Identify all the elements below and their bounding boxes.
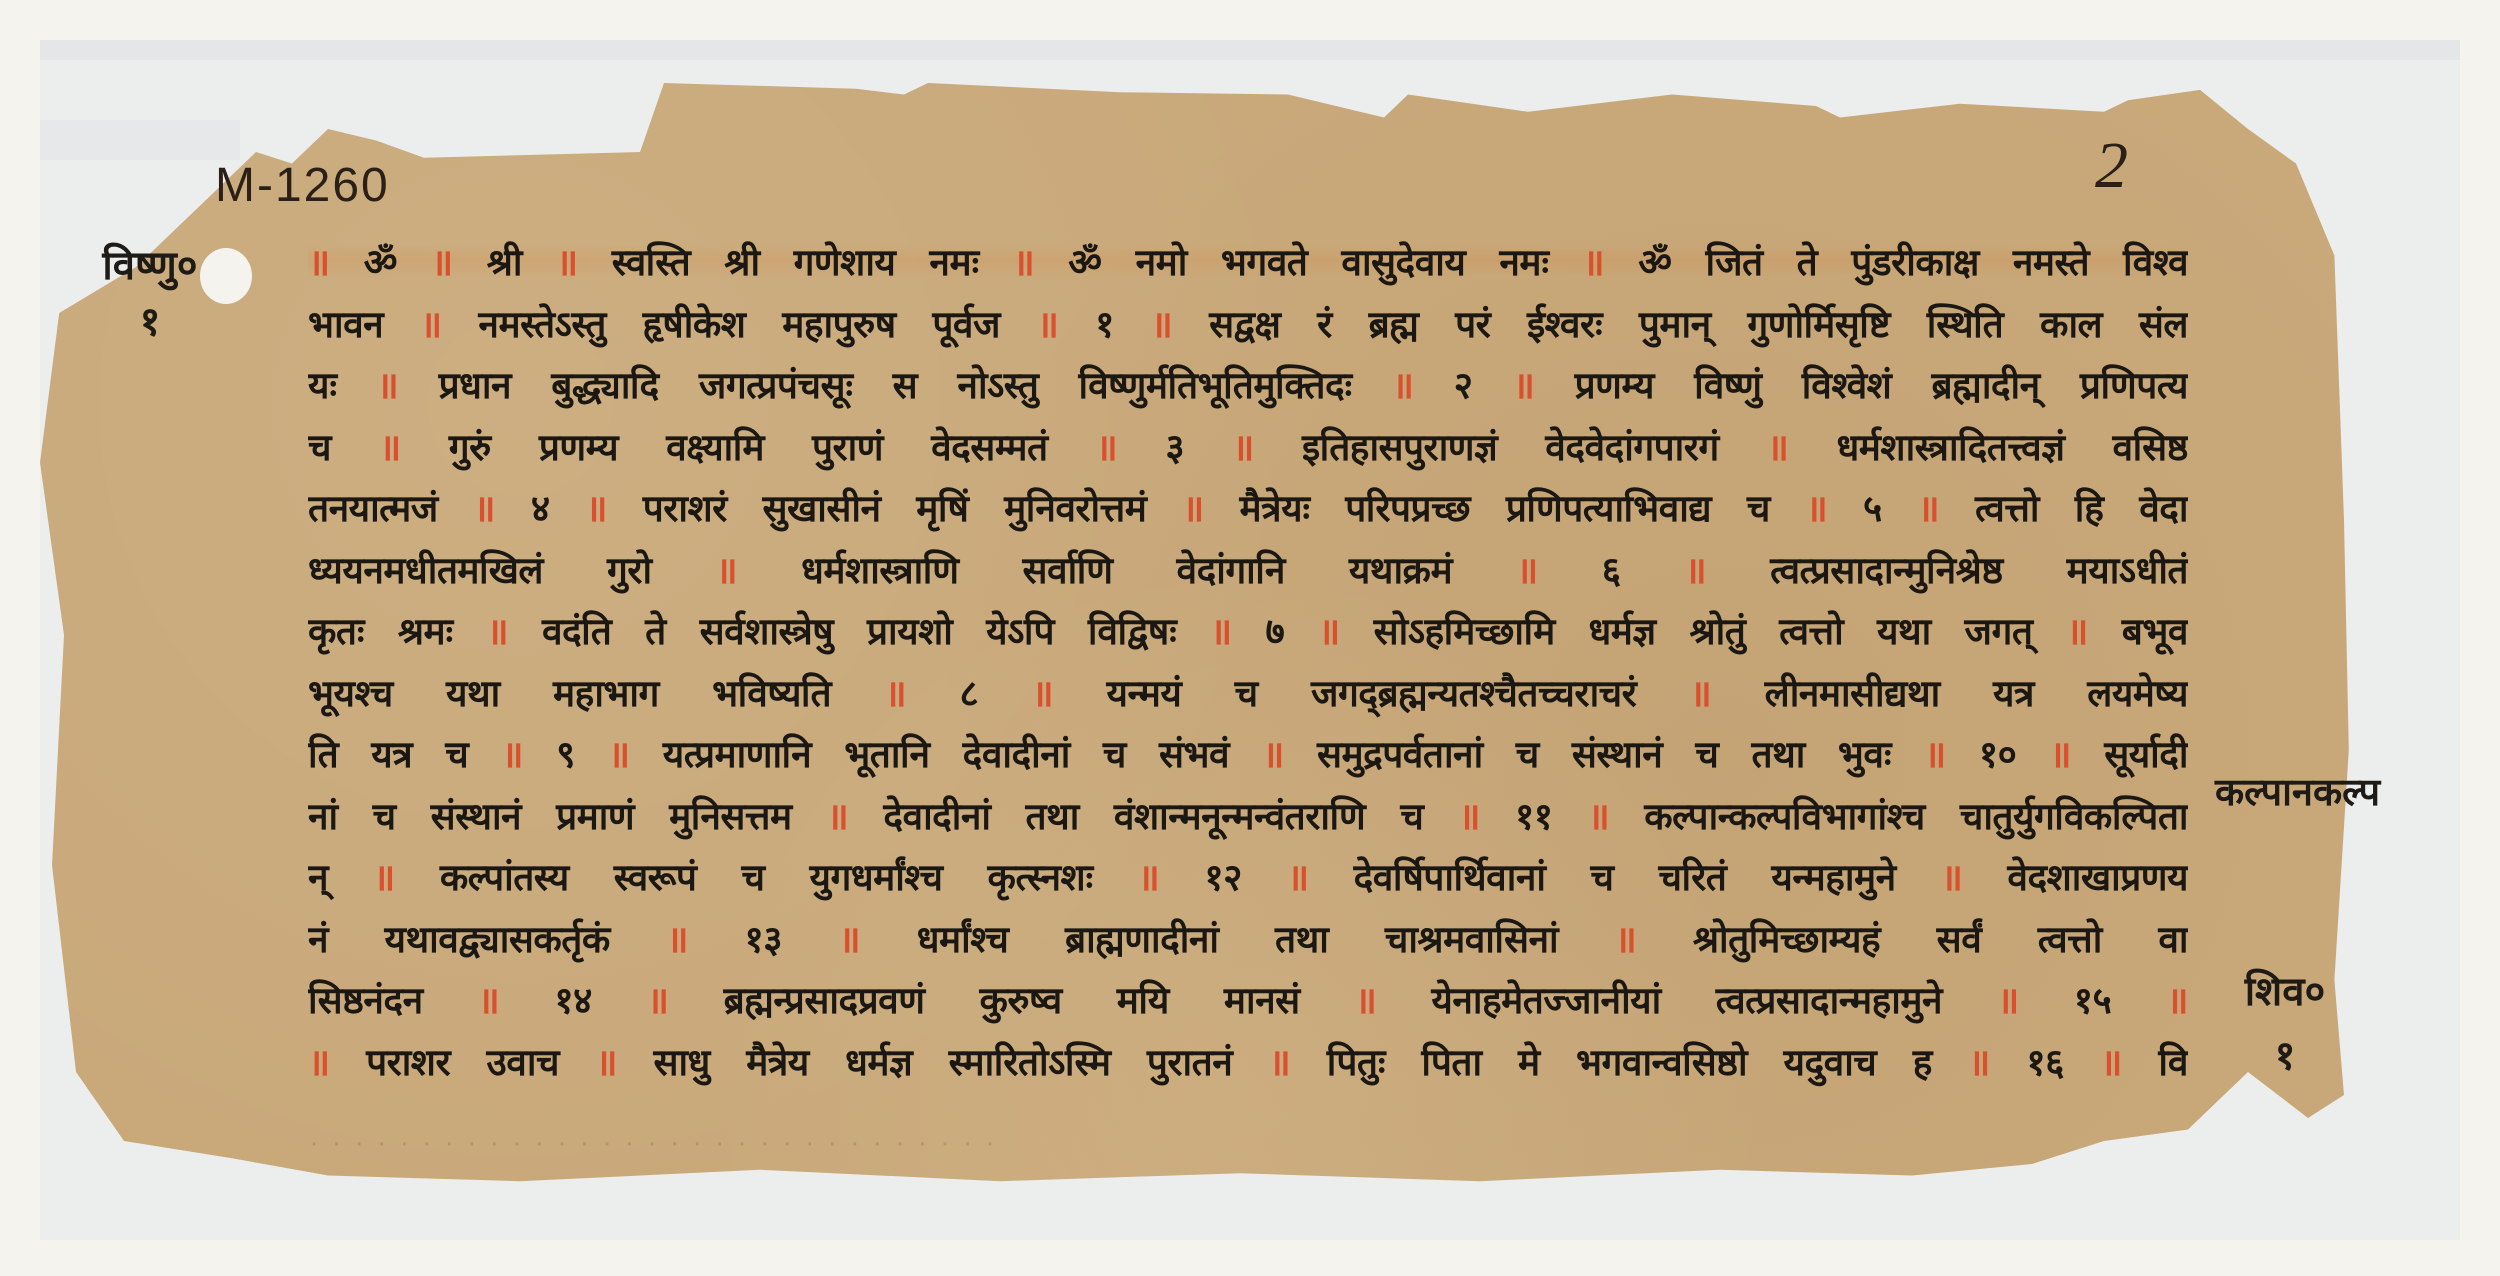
danda-mark: ॥ bbox=[1182, 487, 1204, 530]
danda-mark: ॥ bbox=[1318, 610, 1340, 653]
danda-mark: ॥ bbox=[1516, 549, 1538, 592]
danda-mark: ॥ bbox=[1458, 795, 1480, 838]
danda-mark: ॥ bbox=[1262, 733, 1284, 776]
danda-mark: ॥ bbox=[839, 918, 861, 961]
danda-mark: ॥ bbox=[2049, 733, 2071, 776]
text-line: भूयश्च यथा महाभाग भविष्यति ॥ ८ ॥ यन्मयं … bbox=[308, 663, 2188, 725]
danda-mark: ॥ bbox=[585, 487, 607, 530]
danda-mark: ॥ bbox=[478, 979, 500, 1022]
text-line: कृतः श्रमः ॥ वदंति ते सर्वशास्त्रेषु प्र… bbox=[308, 601, 2188, 663]
text-line: सिष्ठनंदन ॥ १४ ॥ ब्रह्मन्प्रसादप्रवणं कु… bbox=[308, 970, 2188, 1032]
danda-mark: ॥ bbox=[1287, 856, 1309, 899]
catalog-number: M-1260 bbox=[215, 158, 390, 213]
right-margin-title: शिव० bbox=[2225, 960, 2345, 1024]
danda-mark: ॥ bbox=[608, 733, 630, 776]
string-hole bbox=[200, 248, 252, 304]
danda-mark: ॥ bbox=[1806, 487, 1828, 530]
left-margin-leaf-number: १ bbox=[95, 294, 205, 350]
left-margin-note: विष्णु० १ bbox=[95, 238, 205, 350]
danda-mark: ॥ bbox=[486, 610, 508, 653]
danda-mark: ॥ bbox=[420, 303, 442, 346]
danda-mark: ॥ bbox=[377, 364, 399, 407]
danda-mark: ॥ bbox=[1690, 672, 1712, 715]
text-line: च ॥ गुरुं प्रणम्य वक्ष्यामि पुराणं वेदसम… bbox=[308, 417, 2188, 479]
danda-mark: ॥ bbox=[1583, 241, 1605, 284]
left-margin-title: विष्णु० bbox=[95, 238, 205, 294]
danda-mark: ॥ bbox=[1232, 426, 1254, 469]
danda-mark: ॥ bbox=[884, 672, 906, 715]
bleed-through-text: · · · · · · · · · · · · · · · · · · · · … bbox=[310, 1130, 1210, 1160]
danda-mark: ॥ bbox=[373, 856, 395, 899]
text-line: न् ॥ कल्पांतस्य स्वरूपं च युगधर्मांश्च क… bbox=[308, 847, 2188, 909]
manuscript-text: ॥ ॐ ॥ श्री ॥ स्वस्ति श्री गणेशाय नमः ॥ ॐ… bbox=[308, 232, 2188, 1093]
text-line: नं यथावद्व्यासकर्तृकं ॥ १३ ॥ धर्मांश्च ब… bbox=[308, 909, 2188, 971]
danda-mark: ॥ bbox=[827, 795, 849, 838]
danda-mark: ॥ bbox=[1037, 303, 1059, 346]
right-margin-leaf-number: १ bbox=[2225, 1024, 2345, 1088]
text-line: ॥ पराशर उवाच ॥ साधु मैत्रेय धर्मज्ञ स्मा… bbox=[308, 1032, 2188, 1094]
danda-mark: ॥ bbox=[308, 1041, 330, 1084]
danda-mark: ॥ bbox=[1924, 733, 1946, 776]
danda-mark: ॥ bbox=[1355, 979, 1377, 1022]
danda-mark: ॥ bbox=[501, 733, 523, 776]
danda-mark: ॥ bbox=[647, 979, 669, 1022]
danda-mark: ॥ bbox=[2066, 610, 2088, 653]
danda-mark: ॥ bbox=[666, 918, 688, 961]
danda-mark: ॥ bbox=[1013, 241, 1035, 284]
text-line: नां च संस्थानं प्रमाणं मुनिसत्तम ॥ देवाद… bbox=[308, 786, 2188, 848]
right-margin-signature: शिव० १ bbox=[2225, 960, 2345, 1088]
mount-strip bbox=[40, 40, 2460, 60]
danda-mark: ॥ bbox=[1684, 549, 1706, 592]
danda-mark: ॥ bbox=[556, 241, 578, 284]
text-line: यः ॥ प्रधान बुद्ध्यादि जगत्प्रपंचसूः स न… bbox=[308, 355, 2188, 417]
folio-number: 2 bbox=[2095, 128, 2128, 204]
danda-mark: ॥ bbox=[473, 487, 495, 530]
danda-mark: ॥ bbox=[1269, 1041, 1291, 1084]
danda-mark: ॥ bbox=[595, 1041, 617, 1084]
danda-mark: ॥ bbox=[1918, 487, 1940, 530]
danda-mark: ॥ bbox=[1392, 364, 1414, 407]
danda-mark: ॥ bbox=[308, 241, 330, 284]
danda-mark: ॥ bbox=[1210, 610, 1232, 653]
danda-mark: ॥ bbox=[431, 241, 453, 284]
danda-mark: ॥ bbox=[1941, 856, 1963, 899]
danda-mark: ॥ bbox=[1968, 1041, 1990, 1084]
danda-mark: ॥ bbox=[379, 426, 401, 469]
text-line: ॥ ॐ ॥ श्री ॥ स्वस्ति श्री गणेशाय नमः ॥ ॐ… bbox=[308, 232, 2188, 294]
danda-mark: ॥ bbox=[716, 549, 738, 592]
text-line: ध्ययनमधीतमखिलं गुरो ॥ धर्मशास्त्राणि सर्… bbox=[308, 540, 2188, 602]
text-line: ति यत्र च ॥ ९ ॥ यत्प्रमाणानि भूतानि देवा… bbox=[308, 724, 2188, 786]
danda-mark: ॥ bbox=[1151, 303, 1173, 346]
text-line: तनयात्मजं ॥ ४ ॥ पराशरं सुखासीनं मृषिं मु… bbox=[308, 478, 2188, 540]
danda-mark: ॥ bbox=[1767, 426, 1789, 469]
danda-mark: ॥ bbox=[1096, 426, 1118, 469]
mount-strip bbox=[40, 120, 240, 160]
danda-mark: ॥ bbox=[1032, 672, 1054, 715]
danda-mark: ॥ bbox=[2100, 1041, 2122, 1084]
danda-mark: ॥ bbox=[1513, 364, 1535, 407]
danda-mark: ॥ bbox=[1615, 918, 1637, 961]
danda-mark: ॥ bbox=[1138, 856, 1160, 899]
danda-mark: ॥ bbox=[1997, 979, 2019, 1022]
right-margin-note: कल्पानकल्प bbox=[2215, 765, 2380, 817]
text-line: भावन ॥ नमस्तेऽस्तु हृषीकेश महापुरुष पूर्… bbox=[308, 294, 2188, 356]
danda-mark: ॥ bbox=[1588, 795, 1610, 838]
danda-mark: ॥ bbox=[2166, 979, 2188, 1022]
